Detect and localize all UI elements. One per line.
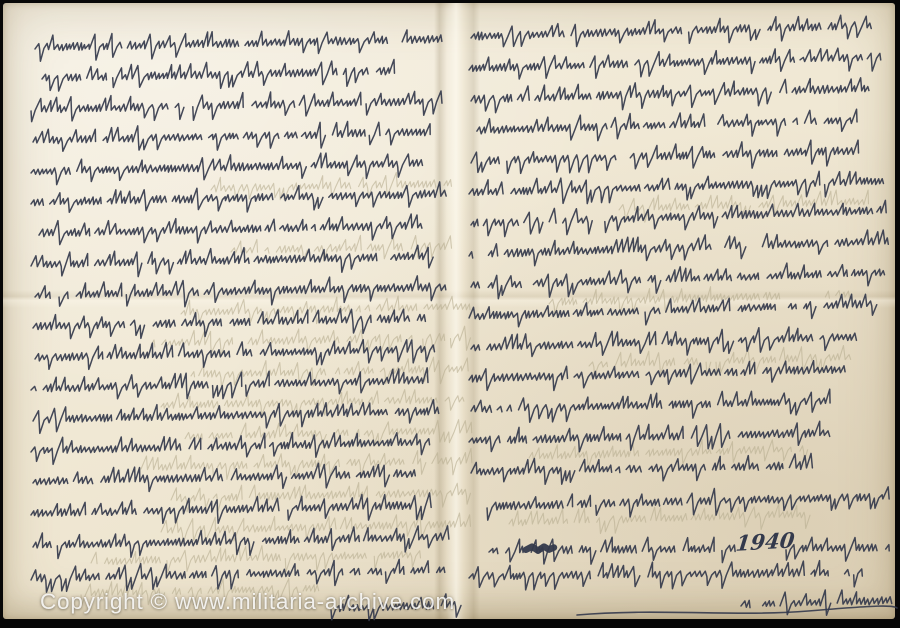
letter-page-right: 1940: [0, 0, 900, 628]
signature-underline-flourish: [575, 602, 899, 620]
year-1940-text: 1940: [735, 529, 796, 555]
ink-blot-strikethrough: [526, 547, 554, 551]
copyright-watermark: Copyright © www.militaria-archive.com: [40, 589, 455, 615]
scanned-letter-photo: 1940 Copyright © www.militaria-archive.c…: [0, 0, 900, 628]
